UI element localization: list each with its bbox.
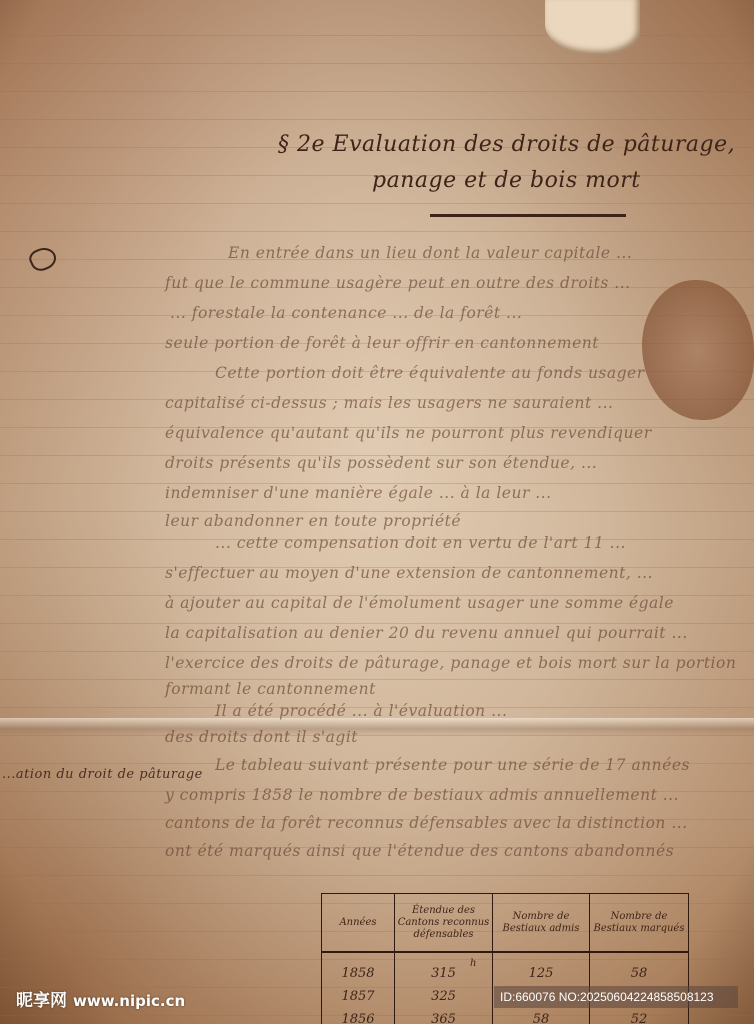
margin-note: ...ation du droit de pâturage <box>2 767 203 782</box>
watermark-id: ID:660076 NO:20250604224858508123 <box>494 986 738 1008</box>
handwritten-line: des droits dont il s'agit <box>165 728 358 746</box>
handwritten-line: seule portion de forêt à leur offrir en … <box>165 334 599 352</box>
handwritten-line: En entrée dans un lieu dont la valeur ca… <box>228 244 632 262</box>
handwritten-line: l'exercice des droits de pâturage, panag… <box>165 654 736 672</box>
cell-year: 1856 <box>322 1008 395 1024</box>
cell-area: 315 <box>395 952 493 985</box>
table-row: 1856 365 58 52 <box>322 1008 689 1024</box>
paper-fold <box>0 718 754 736</box>
handwritten-line: leur abandonner en toute propriété <box>165 512 461 530</box>
handwritten-line: équivalence qu'autant qu'ils ne pourront… <box>165 424 652 442</box>
cell-year: 1857 <box>322 985 395 1008</box>
cell-area: 365 <box>395 1008 493 1024</box>
watermark-url: www.nipic.cn <box>73 992 185 1010</box>
header-annees: Années <box>322 894 395 953</box>
handwritten-line: capitalisé ci-dessus ; mais les usagers … <box>165 394 613 412</box>
cell-year: 1858 <box>322 952 395 985</box>
watermark-site-name: 昵享网 <box>16 991 67 1011</box>
handwritten-line: y compris 1858 le nombre de bestiaux adm… <box>165 786 679 804</box>
handwritten-line: la capitalisation au denier 20 du revenu… <box>165 624 688 642</box>
cell-marked: 52 <box>590 1008 689 1024</box>
handwritten-line: ... cette compensation doit en vertu de … <box>215 534 626 552</box>
section-title-line1: § 2e Evaluation des droits de pâturage, <box>278 132 735 157</box>
handwritten-line: Le tableau suivant présente pour une sér… <box>215 756 690 774</box>
header-bestiaux-admis: Nombre de Bestiaux admis <box>493 894 590 953</box>
cell-marked: 58 <box>590 952 689 985</box>
handwritten-line: fut que le commune usagère peut en outre… <box>165 274 631 292</box>
handwritten-line: Cette portion doit être équivalente au f… <box>215 364 645 382</box>
header-bestiaux-marques: Nombre de Bestiaux marqués <box>590 894 689 953</box>
cell-admitted: 125 <box>493 952 590 985</box>
handwritten-line: droits présents qu'ils possèdent sur son… <box>165 454 597 472</box>
watermark-logo: 昵享网www.nipic.cn <box>16 986 185 1011</box>
section-title-line2: panage et de bois mort <box>372 168 641 193</box>
cell-area: 325 <box>395 985 493 1008</box>
header-etendue: Étendue des Cantons reconnus défensables <box>395 894 493 953</box>
handwritten-line: ... forestale la contenance ... de la fo… <box>170 304 522 322</box>
handwritten-line: indemniser d'une manière égale ... à la … <box>165 484 552 502</box>
table-header-row: Années Étendue des Cantons reconnus défe… <box>322 894 689 953</box>
table-row: 1858 315 125 58 <box>322 952 689 985</box>
handwritten-line: à ajouter au capital de l'émolument usag… <box>165 594 674 612</box>
handwritten-line: formant le cantonnement <box>165 680 376 698</box>
handwritten-line: Il a été procédé ... à l'évaluation ... <box>215 702 507 720</box>
cell-admitted: 58 <box>493 1008 590 1024</box>
handwritten-line: cantons de la forêt reconnus défensables… <box>165 814 688 832</box>
title-underline <box>430 214 626 217</box>
handwritten-line: ont été marqués ainsi que l'étendue des … <box>165 842 674 860</box>
handwritten-line: s'effectuer au moyen d'une extension de … <box>165 564 653 582</box>
